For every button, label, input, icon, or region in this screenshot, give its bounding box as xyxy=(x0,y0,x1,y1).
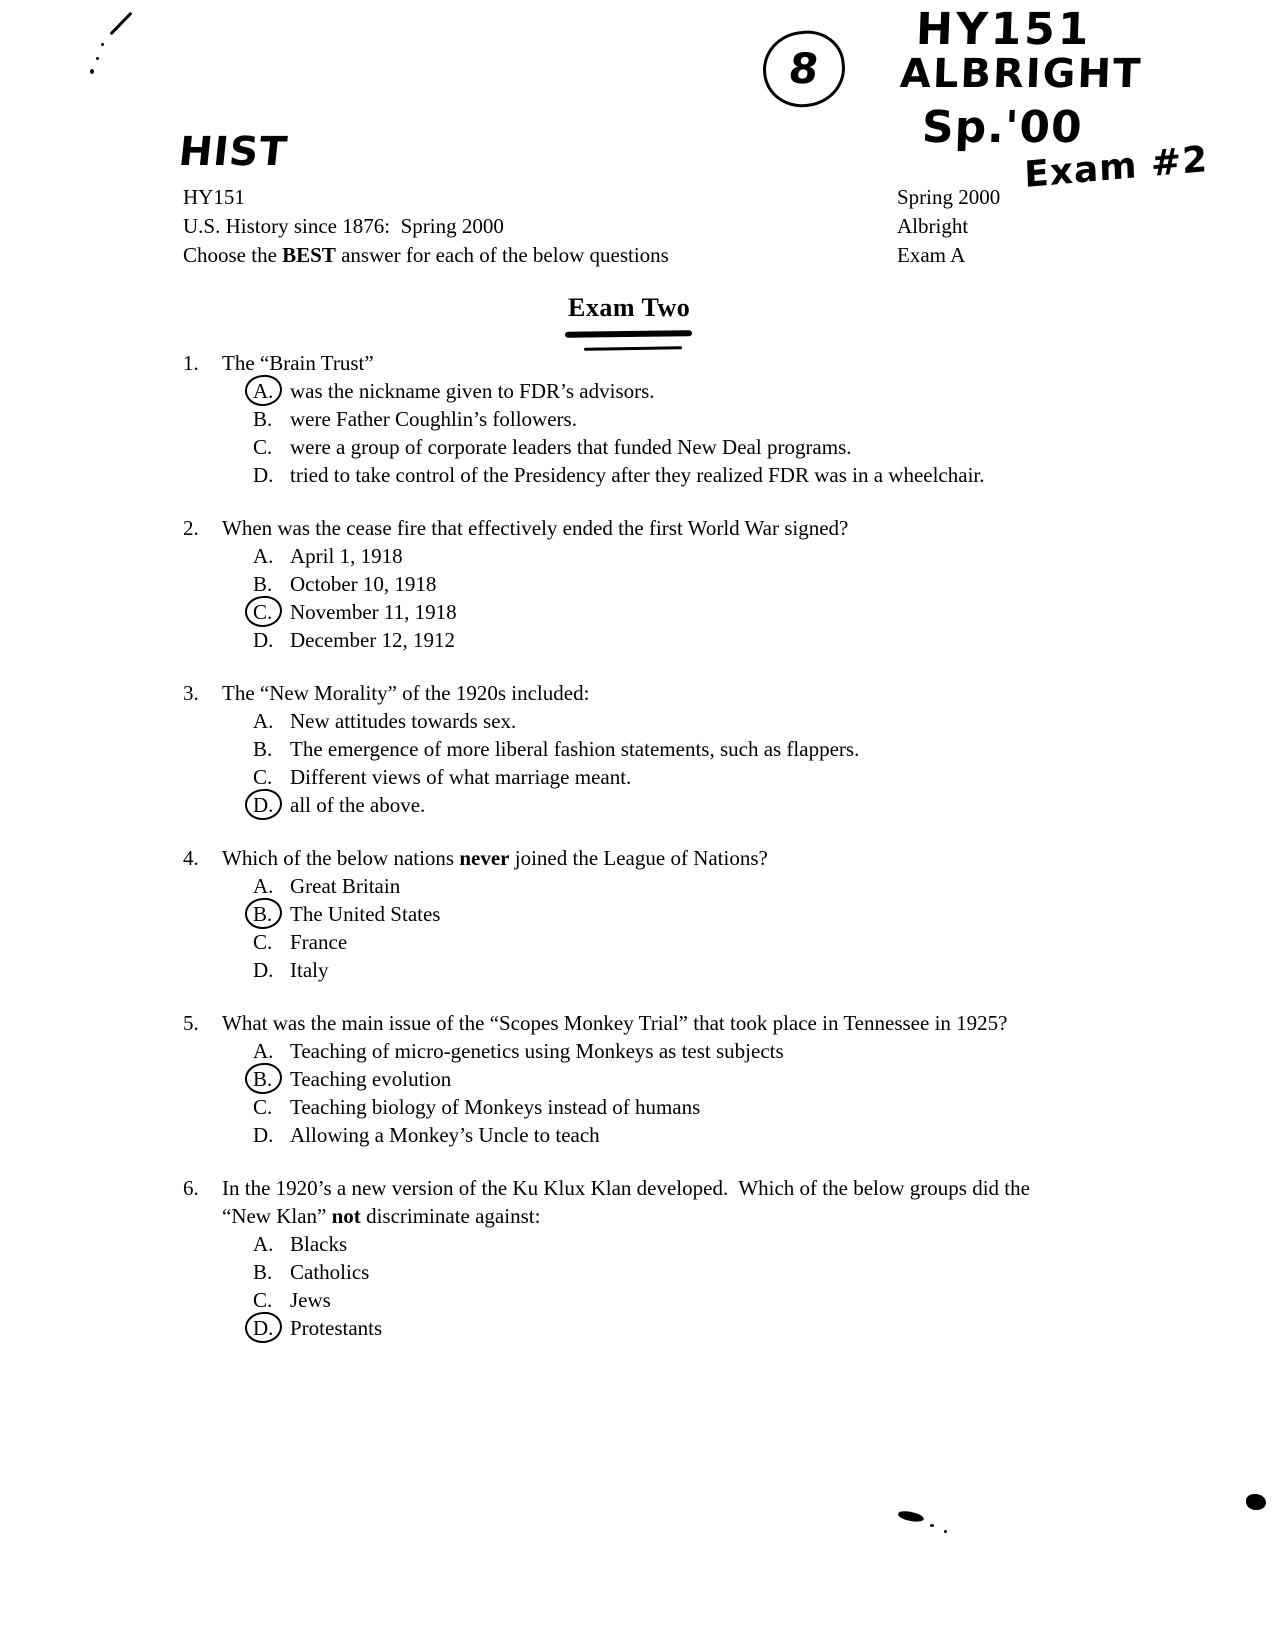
option-text: Allowing a Monkey’s Uncle to teach xyxy=(290,1121,1035,1149)
option-letter: C. xyxy=(253,1286,290,1314)
pen-slash-mark xyxy=(110,12,133,36)
option-letter: B. xyxy=(253,405,290,433)
answer-option: A. New attitudes towards sex. xyxy=(183,707,1035,735)
option-letter: C. xyxy=(253,598,290,626)
question-item: 4. Which of the below nations never join… xyxy=(183,844,1035,984)
option-letter: D. xyxy=(253,791,290,819)
question-number: 6. xyxy=(183,1174,222,1230)
ink-dot xyxy=(101,43,104,46)
question-number: 5. xyxy=(183,1009,222,1037)
ink-dot xyxy=(930,1524,934,1527)
hand-page-number-circle: 8 xyxy=(759,27,848,111)
answer-option: B. The emergence of more liberal fashion… xyxy=(183,735,1035,763)
option-text: tried to take control of the Presidency … xyxy=(290,461,1035,489)
option-text: Teaching of micro-genetics using Monkeys… xyxy=(290,1037,1035,1065)
option-text: all of the above. xyxy=(290,791,1035,819)
header-right: Spring 2000 Albright Exam A xyxy=(897,183,1000,270)
option-text: were a group of corporate leaders that f… xyxy=(290,433,1035,461)
option-text: were Father Coughlin’s followers. xyxy=(290,405,1035,433)
option-letter: B. xyxy=(253,1258,290,1286)
option-letter: A. xyxy=(253,1230,290,1258)
option-letter: B. xyxy=(253,900,290,928)
hand-course-code: HY151 xyxy=(915,8,1092,52)
option-text: The United States xyxy=(290,900,1035,928)
answer-option: D. Allowing a Monkey’s Uncle to teach xyxy=(183,1121,1035,1149)
ink-dot xyxy=(90,69,94,74)
ink-smudge xyxy=(1246,1494,1266,1510)
question-text: Which of the below nations never joined … xyxy=(222,844,1035,872)
question-text: What was the main issue of the “Scopes M… xyxy=(222,1009,1035,1037)
option-text: The emergence of more liberal fashion st… xyxy=(290,735,1035,763)
option-text: Different views of what marriage meant. xyxy=(290,763,1035,791)
question-text: The “Brain Trust” xyxy=(222,349,1035,377)
answer-option: D. Protestants xyxy=(183,1314,1035,1342)
term: Spring 2000 xyxy=(897,183,1000,212)
option-letter: D. xyxy=(253,461,290,489)
option-letter: B. xyxy=(253,570,290,598)
exam-title: Exam Two xyxy=(568,293,690,323)
option-letter: C. xyxy=(253,763,290,791)
hand-page-number: 8 xyxy=(786,48,821,91)
ink-smudge xyxy=(897,1510,924,1523)
question-text: When was the cease fire that effectively… xyxy=(222,514,1035,542)
answer-option: C. Teaching biology of Monkeys instead o… xyxy=(183,1093,1035,1121)
answer-option: B. were Father Coughlin’s followers. xyxy=(183,405,1035,433)
answer-option: A. Blacks xyxy=(183,1230,1035,1258)
hand-term: Sp.'00 xyxy=(921,106,1083,150)
header-left: HY151 U.S. History since 1876: Spring 20… xyxy=(183,183,669,270)
option-text: October 10, 1918 xyxy=(290,570,1035,598)
question-item: 3. The “New Morality” of the 1920s inclu… xyxy=(183,679,1035,819)
option-text: November 11, 1918 xyxy=(290,598,1035,626)
question-number: 4. xyxy=(183,844,222,872)
answer-option: D. all of the above. xyxy=(183,791,1035,819)
answer-option: D. Italy xyxy=(183,956,1035,984)
question-number: 3. xyxy=(183,679,222,707)
option-text: April 1, 1918 xyxy=(290,542,1035,570)
answer-option: B. Teaching evolution xyxy=(183,1065,1035,1093)
question-item: 5. What was the main issue of the “Scope… xyxy=(183,1009,1035,1149)
option-text: Teaching biology of Monkeys instead of h… xyxy=(290,1093,1035,1121)
question-item: 1. The “Brain Trust” A. was the nickname… xyxy=(183,349,1035,489)
option-letter: C. xyxy=(253,1093,290,1121)
option-text: Catholics xyxy=(290,1258,1035,1286)
ink-dot xyxy=(944,1530,947,1533)
option-letter: C. xyxy=(253,433,290,461)
exam-version: Exam A xyxy=(897,241,1000,270)
answer-option: B. October 10, 1918 xyxy=(183,570,1035,598)
option-letter: C. xyxy=(253,928,290,956)
answer-option: C. November 11, 1918 xyxy=(183,598,1035,626)
question-text: In the 1920’s a new version of the Ku Kl… xyxy=(222,1174,1035,1230)
question-number: 1. xyxy=(183,349,222,377)
option-letter: D. xyxy=(253,956,290,984)
ink-dot xyxy=(96,57,99,60)
question-number: 2. xyxy=(183,514,222,542)
answer-option: B. Catholics xyxy=(183,1258,1035,1286)
answer-option: C. were a group of corporate leaders tha… xyxy=(183,433,1035,461)
option-text: Jews xyxy=(290,1286,1035,1314)
option-letter: D. xyxy=(253,1314,290,1342)
answer-option: A. was the nickname given to FDR’s advis… xyxy=(183,377,1035,405)
answer-option: B. The United States xyxy=(183,900,1035,928)
title-underline xyxy=(565,330,692,338)
question-list: 1. The “Brain Trust” A. was the nickname… xyxy=(183,349,1035,1367)
answer-option: A. Teaching of micro-genetics using Monk… xyxy=(183,1037,1035,1065)
option-letter: B. xyxy=(253,735,290,763)
answer-option: C. Jews xyxy=(183,1286,1035,1314)
option-text: Great Britain xyxy=(290,872,1035,900)
instructions: Choose the BEST answer for each of the b… xyxy=(183,241,669,270)
course-code: HY151 xyxy=(183,183,669,212)
option-letter: A. xyxy=(253,1037,290,1065)
option-text: December 12, 1912 xyxy=(290,626,1035,654)
option-text: Italy xyxy=(290,956,1035,984)
hand-instructor-name: ALBRIGHT xyxy=(899,54,1143,94)
answer-option: D. tried to take control of the Presiden… xyxy=(183,461,1035,489)
option-text: Protestants xyxy=(290,1314,1035,1342)
answer-option: C. Different views of what marriage mean… xyxy=(183,763,1035,791)
instructor: Albright xyxy=(897,212,1000,241)
hand-subject: HIST xyxy=(177,132,290,172)
option-letter: A. xyxy=(253,707,290,735)
option-letter: D. xyxy=(253,626,290,654)
option-text: Teaching evolution xyxy=(290,1065,1035,1093)
course-title: U.S. History since 1876: Spring 2000 xyxy=(183,212,669,241)
option-text: France xyxy=(290,928,1035,956)
question-item: 2. When was the cease fire that effectiv… xyxy=(183,514,1035,654)
option-text: was the nickname given to FDR’s advisors… xyxy=(290,377,1035,405)
answer-option: D. December 12, 1912 xyxy=(183,626,1035,654)
option-letter: B. xyxy=(253,1065,290,1093)
question-text: The “New Morality” of the 1920s included… xyxy=(222,679,1035,707)
option-letter: D. xyxy=(253,1121,290,1149)
option-text: New attitudes towards sex. xyxy=(290,707,1035,735)
answer-option: C. France xyxy=(183,928,1035,956)
exam-page: 8 HY151 ALBRIGHT Sp.'00 Exam #2 HIST HY1… xyxy=(0,0,1280,1631)
answer-option: A. Great Britain xyxy=(183,872,1035,900)
option-letter: A. xyxy=(253,542,290,570)
question-item: 6. In the 1920’s a new version of the Ku… xyxy=(183,1174,1035,1342)
answer-option: A. April 1, 1918 xyxy=(183,542,1035,570)
option-letter: A. xyxy=(253,377,290,405)
option-text: Blacks xyxy=(290,1230,1035,1258)
option-letter: A. xyxy=(253,872,290,900)
